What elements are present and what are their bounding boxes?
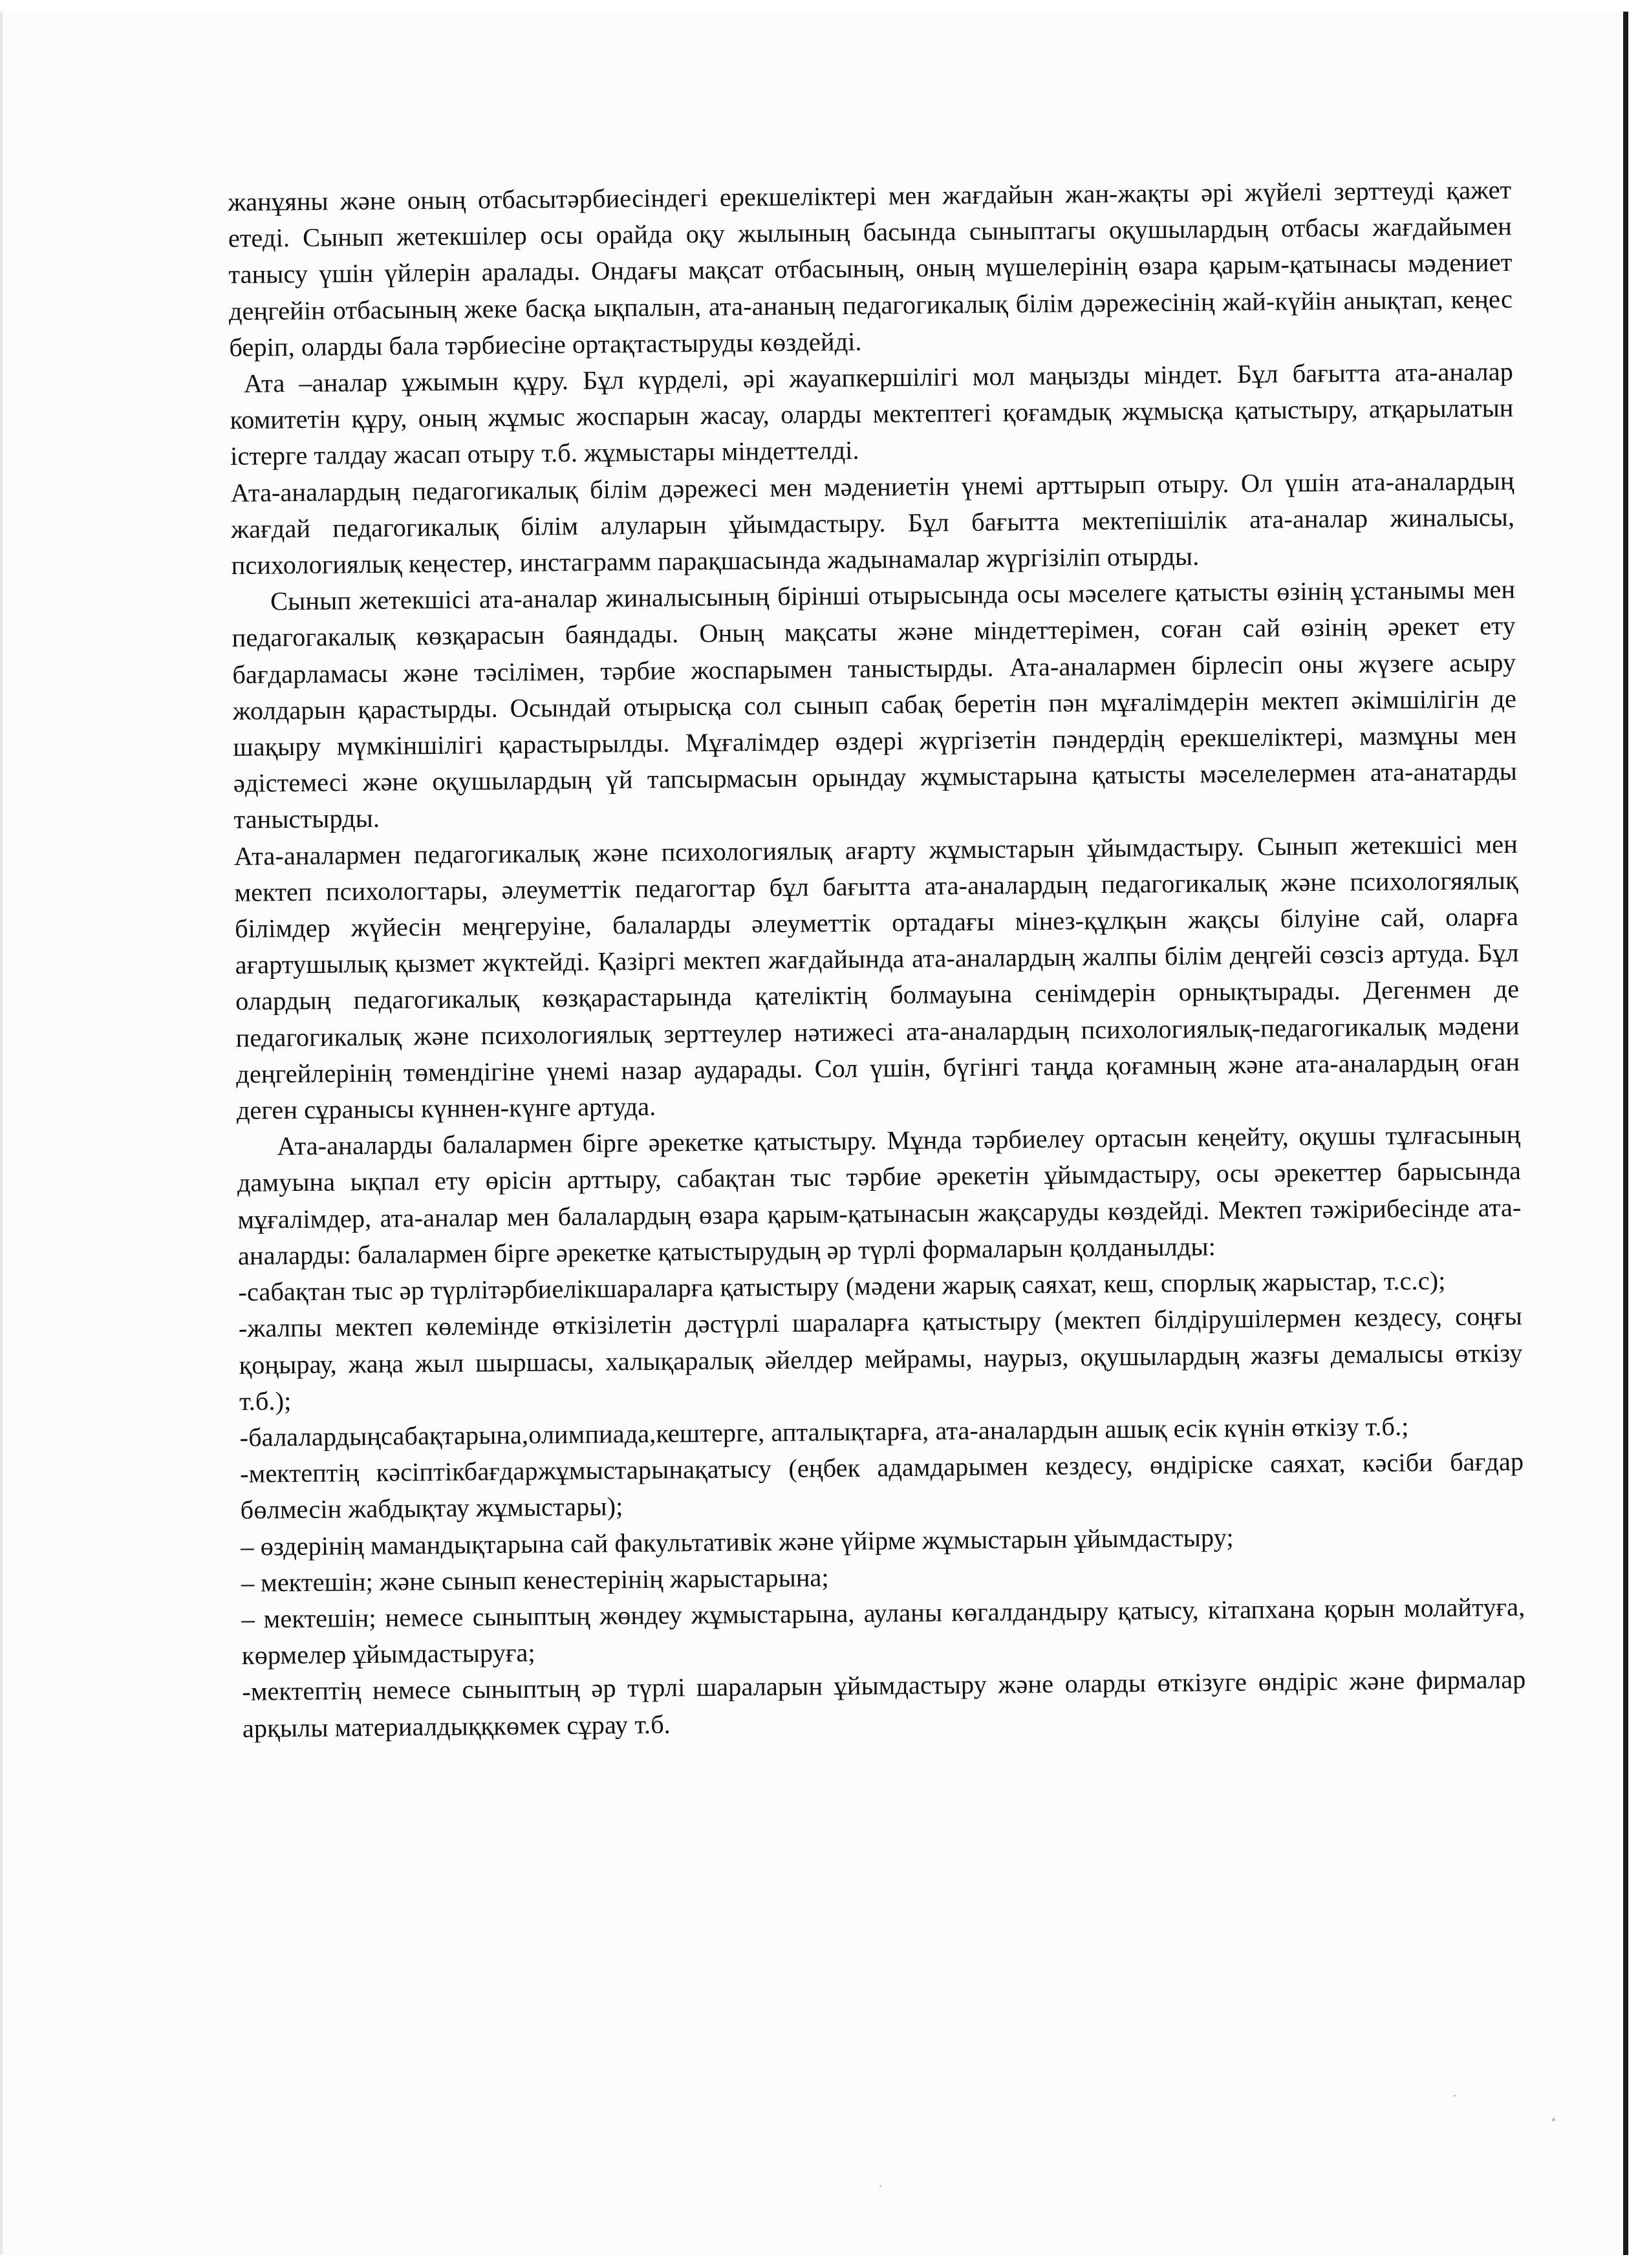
paragraph-class-teacher-meeting: Сынып жетекшісі ата-аналар жиналысының б… [232,572,1518,838]
paragraph-parent-collective: Ата –аналар ұжымын құру. Бұл күрделі, әр… [230,354,1514,475]
list-item: -мектептің немесе сыныптың әр түрлі шара… [242,1662,1526,1746]
scan-edge [0,12,3,2255]
paragraph-psychological-enlightenment: Ата-аналармен педагогикалық және психоло… [234,826,1520,1129]
paragraph-joint-activity: Ата-аналарды балалармен бірге әрекетке қ… [237,1117,1522,1274]
paragraph-pedagogical-education: Ата-аналардың педагогикалық білім дәреже… [230,463,1515,584]
list-item: -мектептің кәсіптікбағдаржұмыстарынақаты… [240,1444,1524,1528]
scan-speck [879,2185,881,2187]
scan-speck [1454,2095,1456,2097]
list-item: – мектешін; немесе сыныптың жөндеу жұмыс… [241,1589,1525,1674]
paragraph-family-study: жанұяны және оның отбасытәрбиесіндегі ер… [228,172,1513,366]
activity-forms-list: -сабақтан тыс әр түрлітәрбиелікшараларға… [238,1262,1526,1747]
scan-speck [1552,2118,1555,2121]
document-body: жанұяны және оның отбасытәрбиесіндегі ер… [228,172,1526,1747]
list-item: -жалпы мектеп көлемінде өткізілетін дәст… [239,1298,1524,1420]
